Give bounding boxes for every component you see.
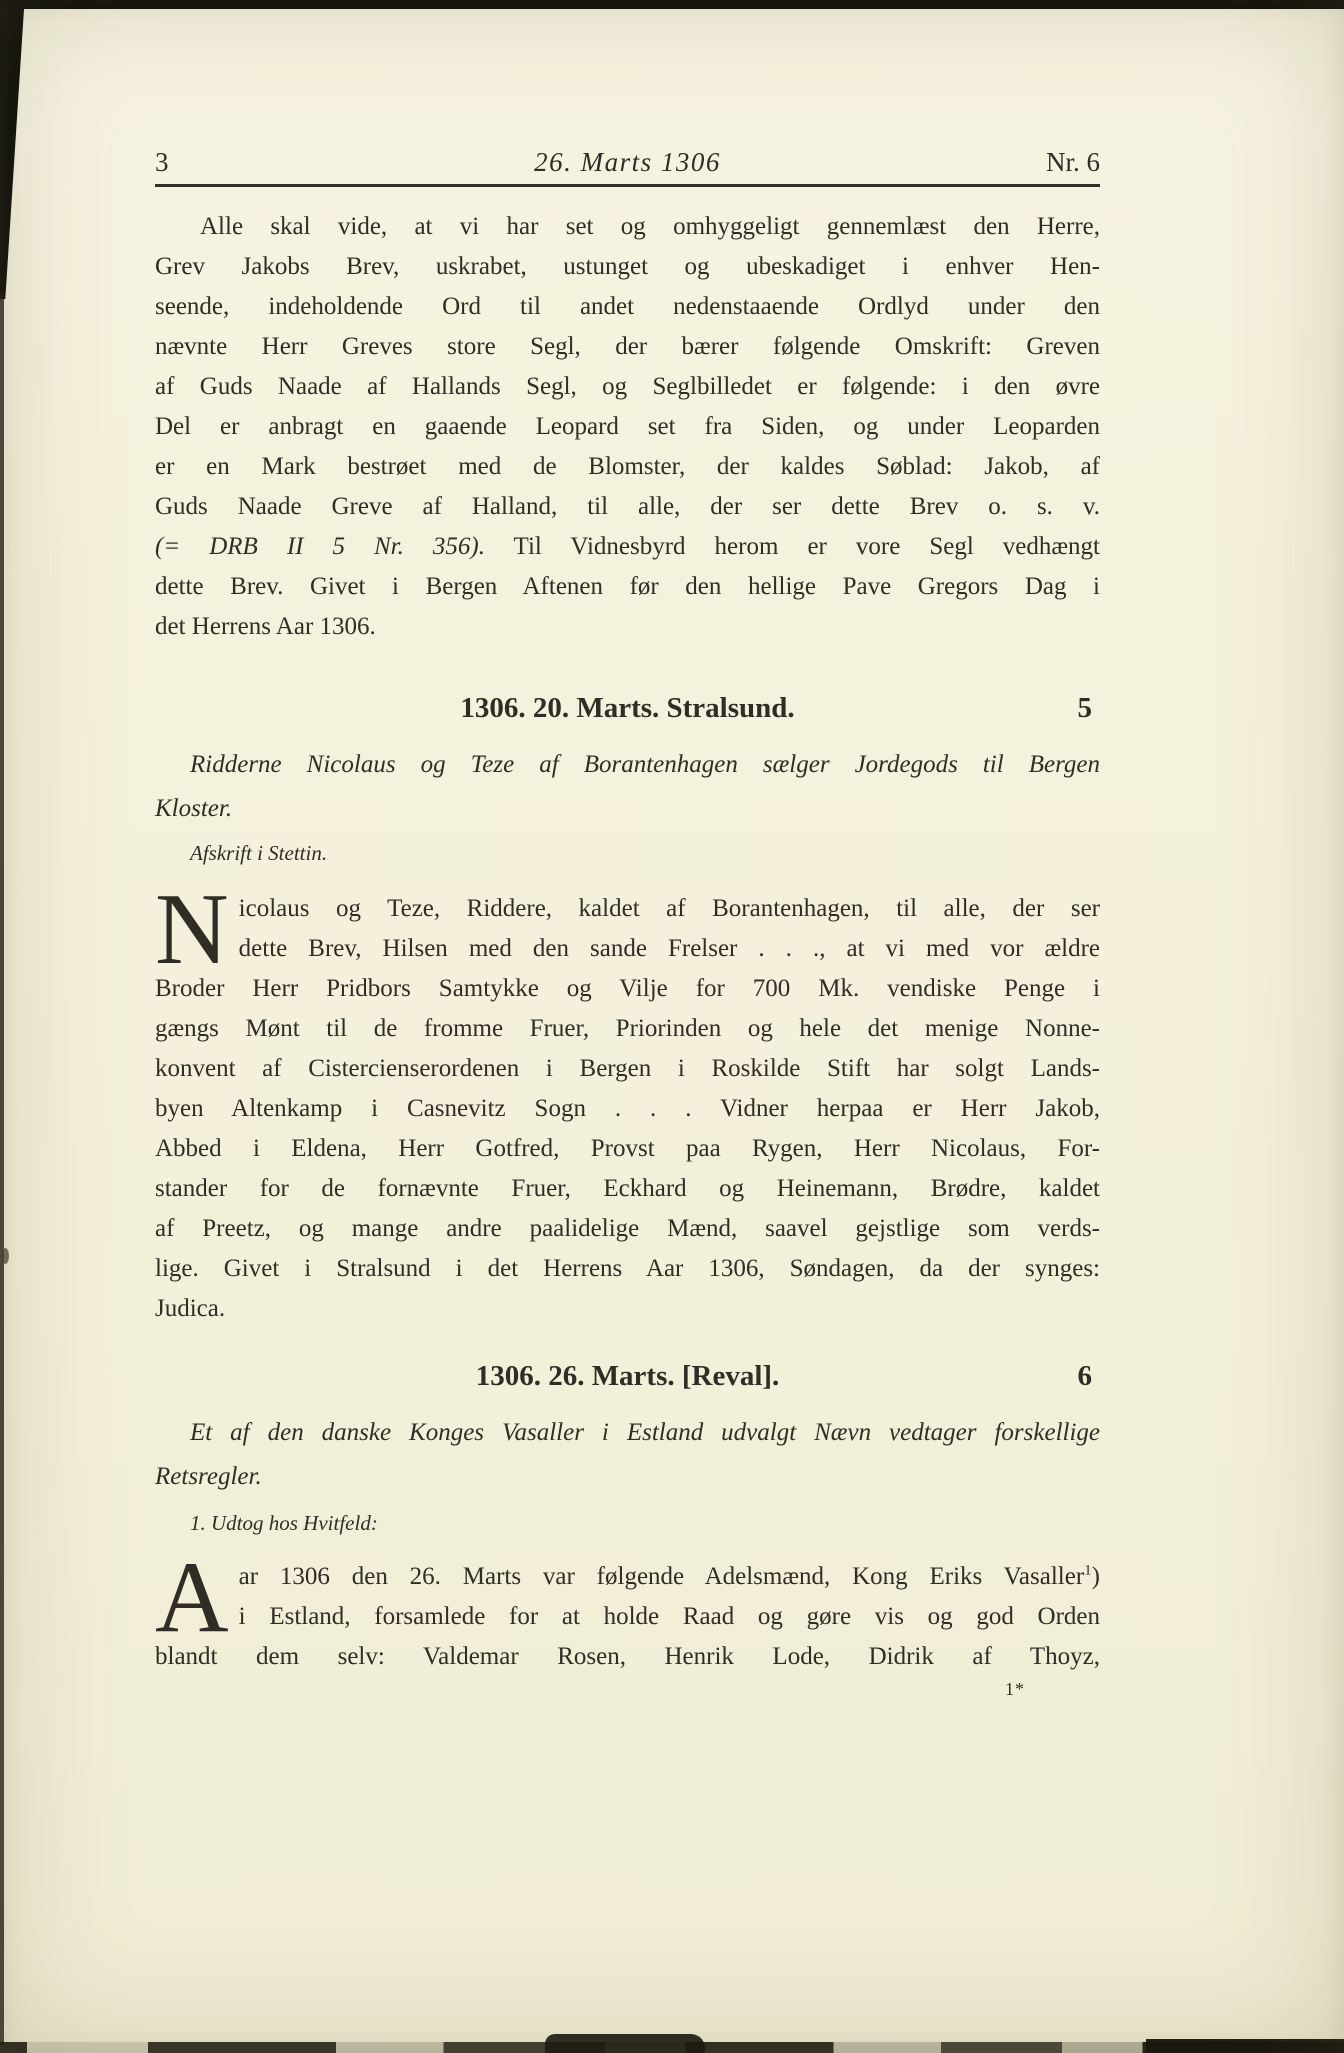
issue-number: Nr. 6 (1046, 147, 1100, 178)
body-line: i Estland, forsamlede for at holde Raad … (155, 1597, 1100, 1637)
body-line: af Preetz, og mange andre paalidelige Mæ… (155, 1209, 1100, 1249)
drop-cap-n: N (155, 891, 229, 969)
body-line: Grev Jakobs Brev, uskrabet, ustunget og … (155, 247, 1100, 287)
body-line: konvent af Cistercienserordenen i Bergen… (155, 1049, 1100, 1089)
running-title: 26. Marts 1306 (534, 147, 721, 178)
body-line: stander for de fornævnte Fruer, Eckhard … (155, 1169, 1100, 1209)
body-line: af Guds Naade af Hallands Segl, og Seglb… (155, 367, 1100, 407)
scan-edge-left-wedge (0, 9, 24, 299)
body-line: lige. Givet i Stralsund i det Herrens Aa… (155, 1249, 1100, 1289)
entry-6-number: 6 (1078, 1359, 1093, 1393)
scan-edge-left-line (0, 290, 4, 2045)
summary-line: Retsregler. (155, 1455, 1100, 1499)
scanned-book-page: 3 26. Marts 1306 Nr. 6 Alle skal vide, a… (0, 0, 1344, 2053)
body-line: Guds Naade Greve af Halland, til alle, d… (155, 487, 1100, 527)
body-line: er en Mark bestrøet med de Blomster, der… (155, 447, 1100, 487)
body-text: Til Vidnesbyrd herom er vore Segl vedhæn… (485, 533, 1100, 560)
reference-citation: (= DRB II 5 Nr. 356). (155, 533, 485, 560)
body-line: Alle skal vide, at vi har set og omhygge… (155, 207, 1100, 247)
entry-5-source-note: Afskrift i Stettin. (155, 839, 1100, 867)
summary-line: Kloster. (155, 787, 1100, 831)
footnote-marker: 1 (1084, 1563, 1092, 1579)
body-line: icolaus og Teze, Riddere, kaldet af Bora… (155, 889, 1100, 929)
entry-6-paragraph: A ar 1306 den 26. Marts var følgende Ade… (155, 1557, 1100, 1677)
body-line: dette Brev. Givet i Bergen Aftenen før d… (155, 567, 1100, 607)
entry-6-summary: Et af den danske Konges Vasaller i Estla… (155, 1411, 1100, 1499)
entry-6-heading-row: 1306. 26. Marts. [Reval]. 6 (155, 1359, 1100, 1393)
entry-5-number: 5 (1078, 691, 1093, 725)
entry-5-heading-row: 1306. 20. Marts. Stralsund. 5 (155, 691, 1100, 725)
body-line: blandt dem selv: Valdemar Rosen, Henrik … (155, 1637, 1100, 1677)
body-line-with-footnote: ar 1306 den 26. Marts var følgende Adels… (155, 1557, 1100, 1597)
entry-5-heading: 1306. 20. Marts. Stralsund. (460, 692, 794, 724)
body-line: byen Altenkamp i Casnevitz Sogn . . . Vi… (155, 1089, 1100, 1129)
page-header: 3 26. Marts 1306 Nr. 6 (155, 148, 1100, 187)
body-line: dette Brev, Hilsen med den sande Frelser… (155, 929, 1100, 969)
body-line: seende, indeholdende Ord til andet neden… (155, 287, 1100, 327)
entry-5-summary: Ridderne Nicolaus og Teze af Borantenhag… (155, 743, 1100, 831)
drop-cap-a: A (155, 1559, 229, 1637)
body-line-with-reference: (= DRB II 5 Nr. 356). Til Vidnesbyrd her… (155, 527, 1100, 567)
body-text: ) (1092, 1563, 1100, 1590)
entry-6-source-note: 1. Udtog hos Hvitfeld: (155, 1509, 1100, 1537)
summary-line: Et af den danske Konges Vasaller i Estla… (155, 1411, 1100, 1455)
body-line: nævnte Herr Greves store Segl, der bærer… (155, 327, 1100, 367)
body-line: Del er anbragt en gaaende Leopard set fr… (155, 407, 1100, 447)
printed-text-block: 3 26. Marts 1306 Nr. 6 Alle skal vide, a… (155, 0, 1100, 1700)
entry-4-paragraph: Alle skal vide, at vi har set og omhygge… (155, 207, 1100, 647)
entry-6-heading: 1306. 26. Marts. [Reval]. (476, 1360, 780, 1392)
scan-speck (2, 1248, 9, 1264)
body-line: Abbed i Eldena, Herr Gotfred, Provst paa… (155, 1129, 1100, 1169)
page-number: 3 (155, 147, 169, 178)
scan-blotch (545, 2034, 705, 2053)
scan-blotch (1146, 2039, 1344, 2053)
signature-mark: 1* (155, 1679, 1100, 1700)
body-line: gængs Mønt til de fromme Fruer, Priorind… (155, 1009, 1100, 1049)
body-line: Judica. (155, 1289, 1100, 1329)
body-line: det Herrens Aar 1306. (155, 607, 1100, 647)
entry-5-paragraph: N icolaus og Teze, Riddere, kaldet af Bo… (155, 889, 1100, 1329)
body-text: ar 1306 den 26. Marts var følgende Adels… (239, 1563, 1085, 1590)
summary-line: Ridderne Nicolaus og Teze af Borantenhag… (155, 743, 1100, 787)
body-line: Broder Herr Pridbors Samtykke og Vilje f… (155, 969, 1100, 1009)
